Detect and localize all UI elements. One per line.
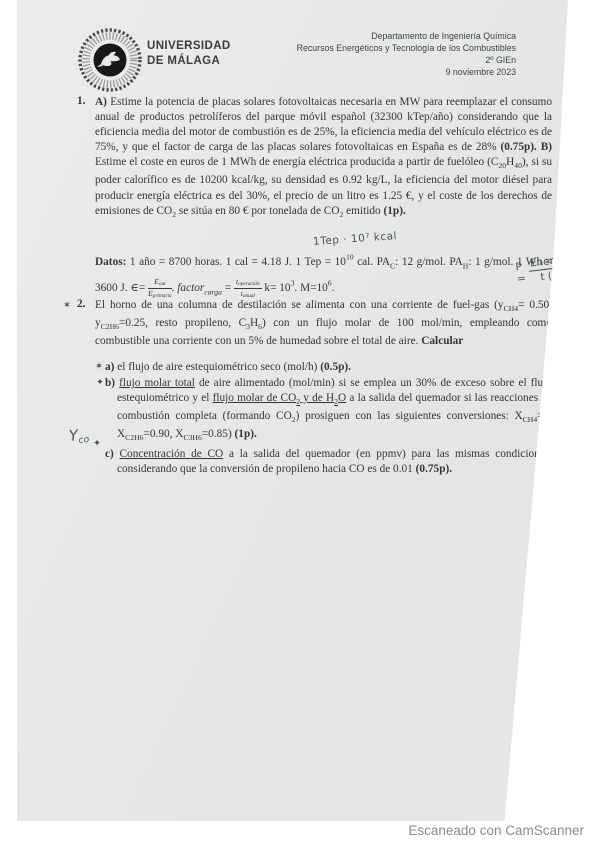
department-header: Departamento de Ingeniería Química Recur… (297, 30, 516, 78)
handwritten-tick-icon: ✦ (96, 377, 104, 388)
handwritten-power-note: P = Energía t (h) (515, 253, 575, 287)
handwritten-yco-note: Yco (68, 425, 90, 447)
question-2-items: a) el flujo de aire estequiométrico seco… (105, 360, 552, 478)
datos-text-post: k= 103. M=106. (262, 282, 335, 294)
item-b: b) flujo molar total de aire alimentado … (105, 376, 552, 445)
item-a: a) el flujo de aire estequiométrico seco… (105, 360, 552, 375)
question-1-body: A) Estime la potencia de placas solares … (95, 95, 552, 222)
question-1-number: 1. (77, 95, 85, 107)
group-line: 2º GIEn (297, 54, 516, 66)
load-factor-fraction: toperacióntanual (234, 278, 262, 299)
university-seal-icon (77, 27, 143, 93)
power-equals: P = (515, 260, 527, 285)
power-fraction: Energía t (h) (527, 253, 574, 285)
university-name-line1: UNIVERSIDAD (147, 39, 231, 54)
handwritten-star-icon: ✶ (63, 300, 71, 311)
handwritten-tep-note: 1Tep · 10⁷ kcal (313, 230, 398, 248)
handwritten-tick-icon: ✦ (93, 438, 101, 449)
department-line: Departamento de Ingeniería Química (297, 30, 516, 42)
date-line: 9 noviembre 2023 (297, 66, 516, 78)
datos-text-mid: . factorcarga = (172, 282, 234, 294)
scanned-exam-page: UNIVERSIDAD DE MÁLAGA Departamento de In… (17, 0, 568, 821)
university-name: UNIVERSIDAD DE MÁLAGA (147, 39, 231, 69)
item-c: c) Concentración de CO a la salida del q… (105, 447, 552, 477)
question-2-intro: El horno de una columna de destilación s… (95, 298, 552, 349)
load-factor-fraction-numerator: toperación (234, 278, 262, 289)
university-name-line2: DE MÁLAGA (147, 54, 231, 69)
question-2-number: 2. (77, 298, 85, 310)
yco-subscript: co (78, 435, 89, 446)
efficiency-fraction-numerator: Eout (148, 278, 172, 289)
datos-paragraph: Datos: 1 año = 8700 horas. 1 cal = 4.18 … (95, 249, 552, 301)
efficiency-fraction: EoutEprimaria (148, 278, 172, 299)
camscanner-watermark: Escaneado con CamScanner (408, 823, 584, 838)
handwritten-star-icon: ✶ (95, 361, 103, 372)
course-line: Recursos Energéticos y Tecnología de los… (297, 42, 516, 54)
